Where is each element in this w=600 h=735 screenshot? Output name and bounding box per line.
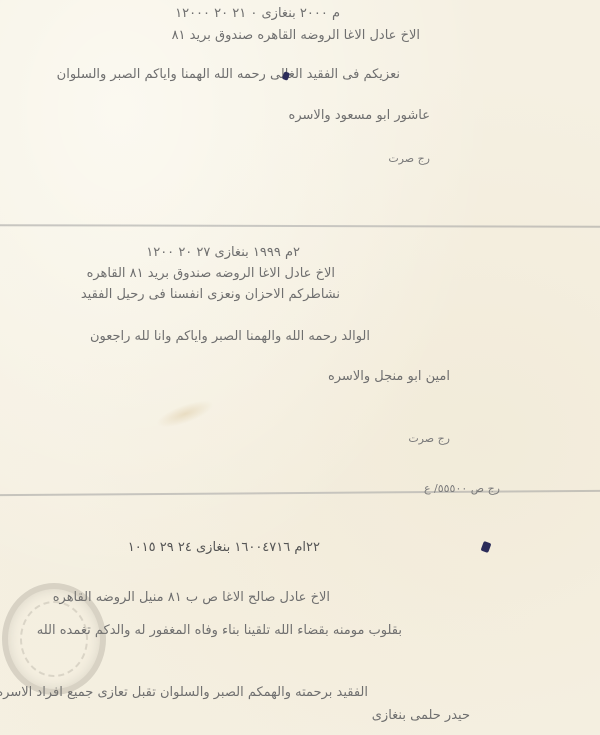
telegram-1-header: م ٢٠٠٠ بنغازى ٠ ٢١ ٢٠ ١٢٠٠٠ — [175, 6, 340, 21]
telegram-1-footer: رج صرت — [388, 152, 430, 165]
telegram-2-reference: رج ص ٥٥٥٠٠/ ع — [424, 482, 500, 495]
telegram-1-body: نعزيكم فى الفقيد الغالى رحمه الله الهمنا… — [57, 67, 400, 82]
telegram-2-sender: امين ابو منجل والاسره — [328, 369, 450, 384]
telegram-2-body-line-2: الوالد رحمه الله والهمنا الصبر واياكم وا… — [90, 329, 370, 344]
telegram-3-sender: حيدر حلمى بنغازى — [372, 708, 470, 723]
telegram-2-footer: رج صرت — [408, 432, 450, 445]
telegram-1-address: الاخ عادل الاغا الروضه القاهره صندوق بري… — [172, 28, 420, 43]
telegram-1-sender: عاشور ابو مسعود والاسره — [289, 108, 430, 123]
postal-stamp-ring — [20, 601, 88, 677]
telegram-2-address: الاخ عادل الاغا الروضه صندوق بريد ٨١ الق… — [87, 266, 335, 281]
telegram-3-header: ٢٢ام ١٦٠٠٤٧١٦ بنغازى ٢٤ ٢٩ ١٠١٥ — [128, 540, 320, 555]
telegram-2-header: ٢م ١٩٩٩ بنغازى ٢٧ ٢٠ ١٢٠٠ — [146, 245, 300, 260]
postal-stamp — [2, 583, 106, 695]
telegram-2-body-line-1: نشاطركم الاحزان ونعزى انفسنا فى رحيل الف… — [81, 287, 340, 302]
